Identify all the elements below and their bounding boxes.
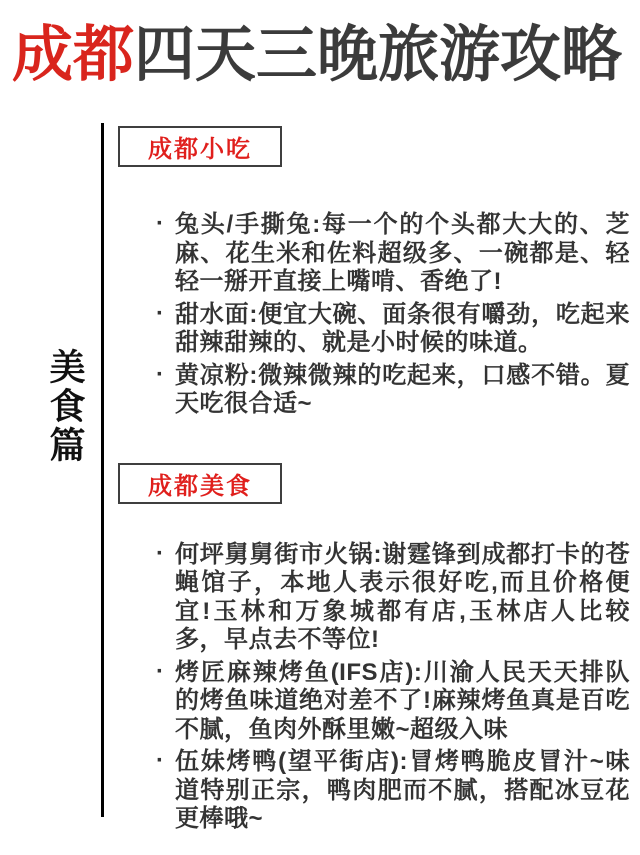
chapter-label-vertical: 美食篇	[40, 348, 91, 465]
list-item: 烤匠麻辣烤鱼(IFS店):川渝人民天天排队的烤鱼味道绝对差不了!麻辣烤鱼真是百吃…	[175, 659, 630, 745]
title-highlight: 成都	[12, 20, 134, 88]
section-heading-box-food: 成都美食	[118, 463, 282, 504]
section-heading-label: 成都小吃	[148, 129, 252, 164]
food-list: 何坪舅舅街市火锅:谢霆锋到成都打卡的苍蝇馆子，本地人表示很好吃,而且价格便宜!玉…	[118, 541, 630, 834]
vertical-divider-line	[101, 123, 104, 817]
list-item: 黄凉粉:微辣微辣的吃起来，口感不错。夏天吃很合适~	[175, 362, 630, 419]
list-item: 甜水面:便宜大碗、面条很有嚼劲，吃起来甜辣甜辣的、就是小时候的味道。	[175, 301, 630, 358]
poster-page: 成都四天三晚旅游攻略 美食篇 成都小吃 兔头/手撕兔:每一个的个头都大大的、芝麻…	[0, 0, 640, 855]
section-heading-label: 成都美食	[148, 466, 252, 501]
content-column: 成都小吃 兔头/手撕兔:每一个的个头都大大的、芝麻、花生米和佐料超级多、一碗都是…	[118, 0, 630, 838]
list-item: 何坪舅舅街市火锅:谢霆锋到成都打卡的苍蝇馆子，本地人表示很好吃,而且价格便宜!玉…	[175, 541, 630, 655]
list-item: 伍妹烤鸭(望平街店):冒烤鸭脆皮冒汁~味道特别正宗，鸭肉肥而不腻，搭配冰豆花更棒…	[175, 748, 630, 834]
list-item: 兔头/手撕兔:每一个的个头都大大的、芝麻、花生米和佐料超级多、一碗都是、轻轻一掰…	[175, 211, 630, 297]
section-heading-box-snacks: 成都小吃	[118, 126, 282, 167]
snack-list: 兔头/手撕兔:每一个的个头都大大的、芝麻、花生米和佐料超级多、一碗都是、轻轻一掰…	[118, 211, 630, 419]
